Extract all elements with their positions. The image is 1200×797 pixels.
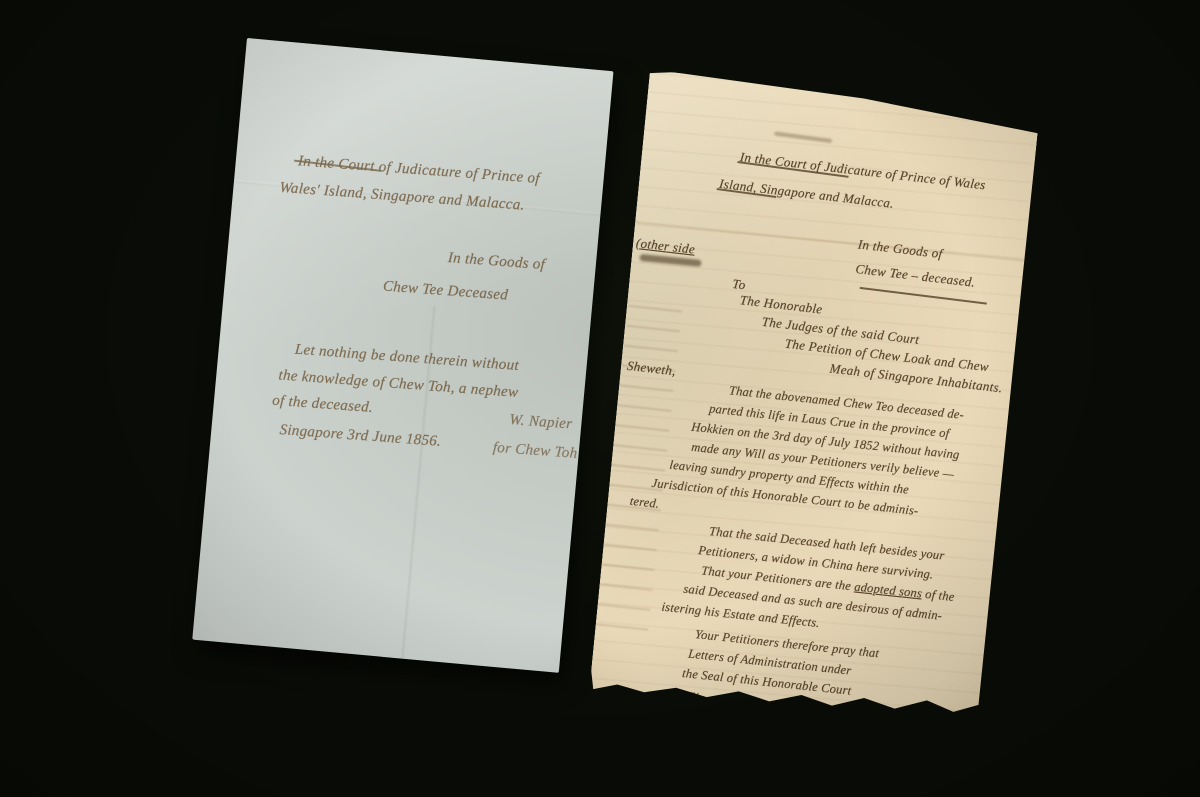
document-left-page: In the Court of Judicature of Prince of … <box>192 38 613 673</box>
petition-line-segment: of the <box>921 587 955 604</box>
deceased-name: Chew Tee – <box>855 261 920 283</box>
salutation-to: To <box>732 276 747 293</box>
photo-stage: In the Court of Judicature of Prince of … <box>0 0 1200 797</box>
goods-line1: In the Goods of <box>857 236 943 262</box>
signature-line1: W. Napier <box>509 412 573 434</box>
court-heading-line2: Island, Singapore and Malacca. <box>718 176 894 212</box>
dateline: Singapore 3rd June 1856. <box>279 422 442 451</box>
document-right-page: In the Court of Judicature of Prince of … <box>589 70 1040 733</box>
signature-line2: for Chew Toh <box>492 440 578 463</box>
salutation-honorable: The Honorable <box>739 292 823 317</box>
goods-line2: Chew Tee – deceased. <box>855 261 976 291</box>
caveat-body-line3: of the deceased. <box>272 393 374 417</box>
goods-line1: In the Goods of <box>447 250 545 274</box>
deceased-label: deceased. <box>918 268 976 289</box>
pencil-scrawl <box>774 131 832 143</box>
court-heading-line2: Wales' Island, Singapore and Malacca. <box>279 180 525 215</box>
goods-line2: Chew Tee Deceased <box>382 278 508 304</box>
